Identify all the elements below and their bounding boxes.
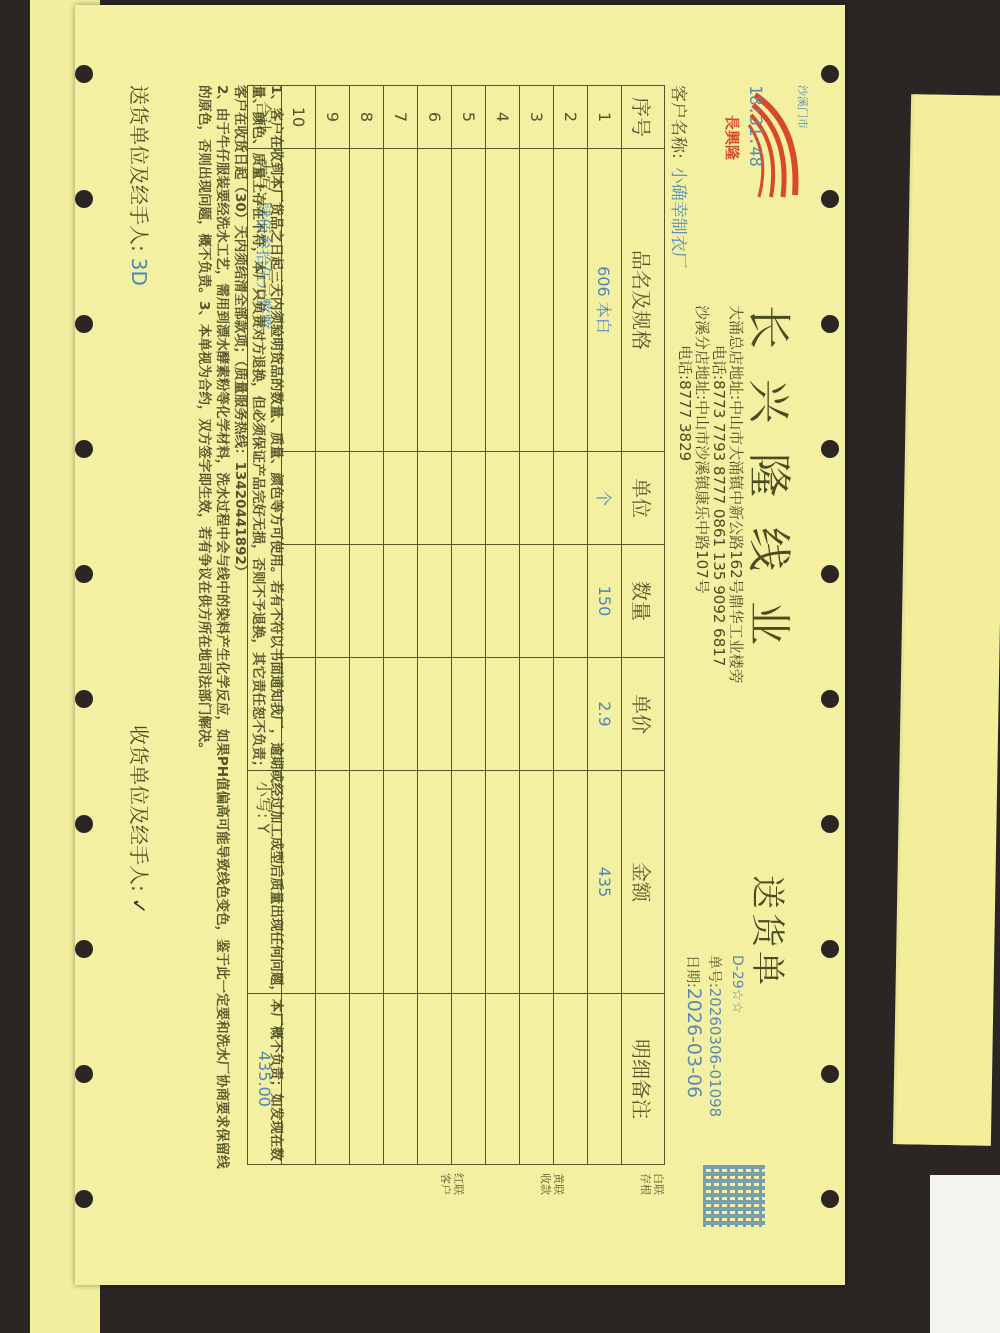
table-row: 2 <box>554 86 588 1165</box>
table-row: 7 <box>384 86 418 1165</box>
qr-code-icon <box>703 1165 765 1227</box>
table-row: 5 <box>452 86 486 1165</box>
order-date: 2026-03-06 <box>683 988 705 1098</box>
document-type: 送货单 <box>746 875 795 989</box>
table-row: 8 <box>350 86 384 1165</box>
company-title: 长兴隆线业 <box>741 305 805 675</box>
receiver-signature: 收货单位及经手人:✓ <box>126 725 155 915</box>
table-row: 9 <box>316 86 350 1165</box>
print-time: 18:31:48 <box>745 85 765 167</box>
branch-phone: 电话:8777 3829 <box>675 345 696 461</box>
delivery-note: 沙溪门市 18:31:48 長興隆 长兴隆线业 送货单 大涌总店地址:中山市大涌… <box>75 5 845 1285</box>
store-tag: 沙溪门市 <box>795 85 811 129</box>
table-row: 3 <box>520 86 554 1165</box>
terms-notes: 1、客户在收到本厂货品之日起三天内须验明货品的数量、质量、颜色等方可使用。若有不… <box>195 85 285 1175</box>
customer-name: 客户名称:小确幸制衣厂 <box>668 85 693 269</box>
order-number: 20260306-01098 <box>706 988 724 1117</box>
order-code: D-29☆☆ <box>729 955 745 1117</box>
items-table: 序号 品名及规格 单位 数量 单价 金额 明细备注 1606 本白个1502.9… <box>247 85 665 1165</box>
perforation-bottom <box>75 5 99 1285</box>
table-row: 10 <box>282 86 316 1165</box>
copy-labels: 白联存根 黄联收款 红联客户 <box>365 1173 665 1203</box>
perforation-top <box>821 5 845 1285</box>
photo-background: 沙溪门市 18:31:48 長興隆 长兴隆线业 送货单 大涌总店地址:中山市大涌… <box>0 0 1000 1333</box>
table-row: 6 <box>418 86 452 1165</box>
header: 沙溪门市 18:31:48 長興隆 长兴隆线业 送货单 大涌总店地址:中山市大涌… <box>655 85 805 1205</box>
brand-name: 長興隆 <box>722 115 743 160</box>
table-header: 序号 品名及规格 单位 数量 单价 金额 明细备注 <box>622 86 665 1165</box>
table-row: 4 <box>486 86 520 1165</box>
table-row: 1606 本白个1502.9435 <box>588 86 622 1165</box>
sender-signature: 送货单位及经手人:3D <box>126 85 155 286</box>
receipt-paper-stack <box>930 1175 1000 1333</box>
right-stack-sheets <box>896 94 1000 1145</box>
order-meta: D-29☆☆ 单号:20260306-01098 日期:2026-03-06 <box>683 955 745 1117</box>
